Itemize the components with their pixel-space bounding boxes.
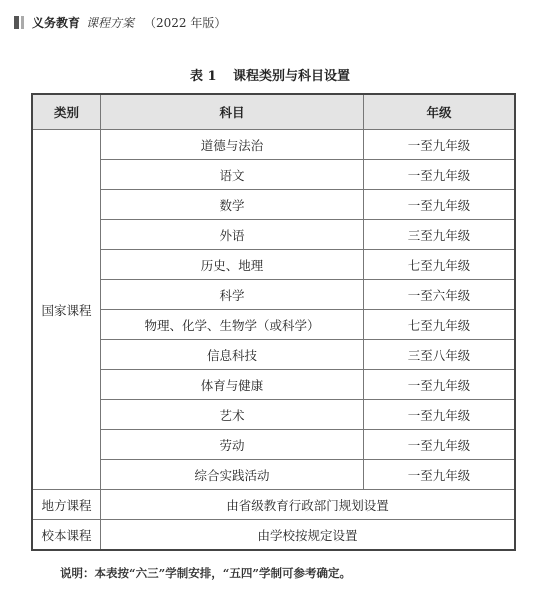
subject-cell: 劳动 (101, 430, 364, 460)
grade-cell: 一至九年级 (364, 370, 516, 400)
table-note: 说明：本表按“六三”学制安排，“五四”学制可参考确定。 (60, 565, 351, 581)
subject-cell: 数学 (101, 190, 364, 220)
running-header: 义务教育 课程方案 （2022 年版） (14, 14, 226, 30)
category-cell: 地方课程 (32, 490, 101, 520)
table-row: 外语三至九年级 (32, 220, 515, 250)
table-row: 数学一至九年级 (32, 190, 515, 220)
table-number: 表 1 (190, 69, 217, 84)
merged-cell: 由省级教育行政部门规划设置 (101, 490, 516, 520)
table-row: 劳动一至九年级 (32, 430, 515, 460)
table-row: 体育与健康一至九年级 (32, 370, 515, 400)
column-header: 科目 (101, 94, 364, 130)
table-row: 科学一至六年级 (32, 280, 515, 310)
header-doc: 课程方案 (86, 14, 134, 31)
grade-cell: 七至九年级 (364, 250, 516, 280)
grade-cell: 一至九年级 (364, 430, 516, 460)
header-edition: （2022 年版） (144, 14, 226, 31)
column-header: 类别 (32, 94, 101, 130)
grade-cell: 一至九年级 (364, 130, 516, 160)
grade-cell: 一至六年级 (364, 280, 516, 310)
subject-cell: 综合实践活动 (101, 460, 364, 490)
subject-cell: 艺术 (101, 400, 364, 430)
grade-cell: 七至九年级 (364, 310, 516, 340)
subject-cell: 道德与法治 (101, 130, 364, 160)
table-name: 课程类别与科目设置 (233, 69, 350, 84)
table-row: 综合实践活动一至九年级 (32, 460, 515, 490)
subject-cell: 体育与健康 (101, 370, 364, 400)
table-row: 历史、地理七至九年级 (32, 250, 515, 280)
subject-cell: 信息科技 (101, 340, 364, 370)
category-cell: 国家课程 (32, 130, 101, 490)
merged-cell: 由学校按规定设置 (101, 520, 516, 551)
subject-cell: 语文 (101, 160, 364, 190)
table-row: 校本课程 由学校按规定设置 (32, 520, 515, 551)
header-bar-icon (21, 16, 24, 29)
subject-cell: 科学 (101, 280, 364, 310)
grade-cell: 一至九年级 (364, 190, 516, 220)
table-row: 物理、化学、生物学（或科学）七至九年级 (32, 310, 515, 340)
grade-cell: 三至八年级 (364, 340, 516, 370)
column-header: 年级 (364, 94, 516, 130)
subject-cell: 外语 (101, 220, 364, 250)
table-row: 国家课程 道德与法治 一至九年级 (32, 130, 515, 160)
category-cell: 校本课程 (32, 520, 101, 551)
curriculum-table: 类别 科目 年级 国家课程 道德与法治 一至九年级 语文一至九年级 数学一至九年… (31, 93, 516, 551)
grade-cell: 三至九年级 (364, 220, 516, 250)
header-bar-icon (14, 16, 19, 29)
table-row: 艺术一至九年级 (32, 400, 515, 430)
table-row: 信息科技三至八年级 (32, 340, 515, 370)
table-header-row: 类别 科目 年级 (32, 94, 515, 130)
table-row: 地方课程 由省级教育行政部门规划设置 (32, 490, 515, 520)
grade-cell: 一至九年级 (364, 460, 516, 490)
grade-cell: 一至九年级 (364, 160, 516, 190)
table-title: 表 1 课程类别与科目设置 (0, 65, 540, 84)
table-row: 语文一至九年级 (32, 160, 515, 190)
subject-cell: 物理、化学、生物学（或科学） (101, 310, 364, 340)
grade-cell: 一至九年级 (364, 400, 516, 430)
subject-cell: 历史、地理 (101, 250, 364, 280)
header-series: 义务教育 (32, 14, 80, 31)
